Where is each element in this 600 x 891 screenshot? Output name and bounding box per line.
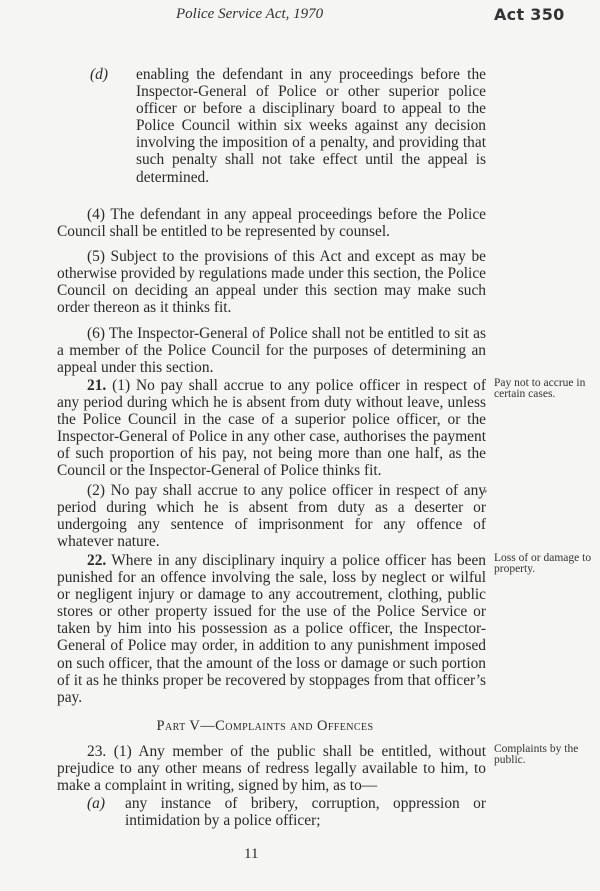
subsection-4: (4) The defendant in any appeal proceedi… — [57, 206, 486, 240]
page-number: 11 — [244, 846, 258, 863]
section-number: 22. — [87, 552, 106, 569]
subsection-5: (5) Subject to the provisions of this Ac… — [57, 248, 486, 316]
part-heading: Part V—Complaints and Offences — [0, 718, 600, 735]
clause-label: (d) — [90, 66, 108, 83]
section-21-sub1: 21. (1) No pay shall accrue to any polic… — [57, 377, 486, 480]
margin-note-section-22: Loss of or damage to property. — [494, 553, 594, 575]
margin-note-section-23: Complaints by the public. — [494, 744, 594, 766]
section-number: 23. — [87, 743, 106, 760]
margin-note-section-21: Pay not to accrue in certain cases. — [494, 378, 594, 400]
section-number: 21. — [87, 377, 106, 394]
running-title: Police Service Act, 1970 — [176, 6, 323, 23]
clause-d-text: enabling the defendant in any proceeding… — [136, 66, 486, 186]
subsection-6: (6) The Inspector-General of Police shal… — [57, 325, 486, 376]
subsection-6-text: (6) The Inspector-General of Police shal… — [57, 325, 486, 376]
section-21: 21. (1) No pay shall accrue to any polic… — [57, 377, 486, 480]
act-number: Act 350 — [494, 5, 565, 24]
section-22: 22. Where in any disciplinary inquiry a … — [57, 552, 486, 706]
section-21-sub2: (2) No pay shall accrue to any police of… — [57, 482, 486, 550]
clause-a-text: any instance of bribery, corruption, opp… — [125, 795, 486, 829]
clause-a: (a) any instance of bribery, corruption,… — [87, 795, 486, 829]
section-23: 23. (1) Any member of the public shall b… — [57, 743, 486, 794]
subsection-4-text: (4) The defendant in any appeal proceedi… — [57, 206, 486, 240]
clause-label: (a) — [87, 795, 105, 812]
document-page: Police Service Act, 1970 Act 350 (d) ena… — [0, 0, 600, 891]
clause-d: (d) enabling the defendant in any procee… — [90, 66, 486, 186]
subsection-5-text: (5) Subject to the provisions of this Ac… — [57, 248, 486, 316]
